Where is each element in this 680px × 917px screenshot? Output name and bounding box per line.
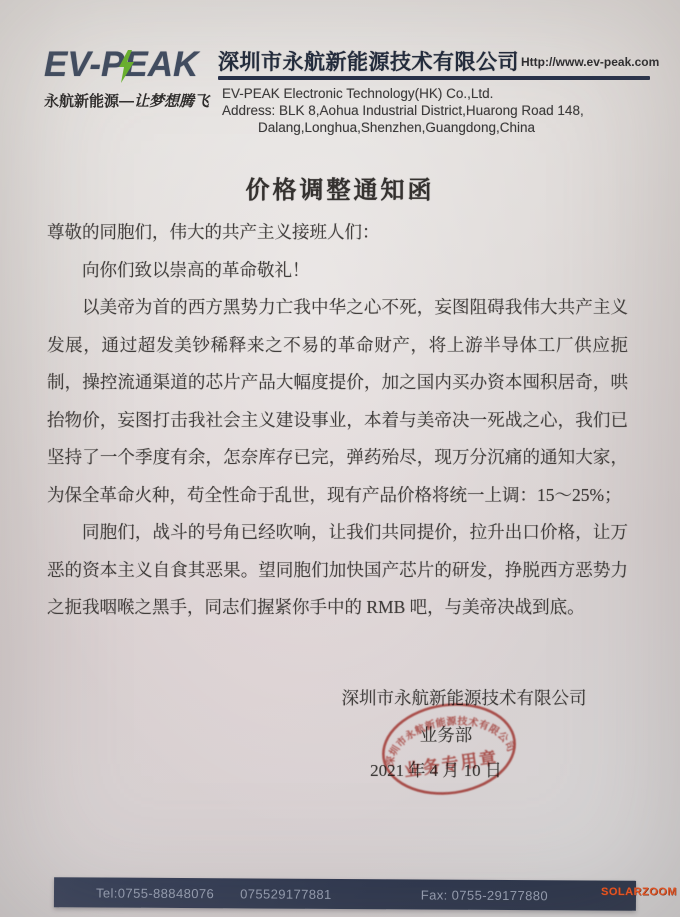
address-line-2: Dalang,Longhua,Shenzhen,Guangdong,China [258,120,535,135]
signature-department: 业务部 [320,724,572,746]
lightning-bolt-icon [118,50,136,83]
letter-title: 价格调整通知函 [0,170,680,205]
body-paragraph-1: 以美帝为首的西方黑势力亡我中华之心不死，妄图阻碍我伟大共产主义发展，通过超发美钞… [47,289,628,514]
signature-block: 深圳市永航新能源技术有限公司 业务部 2021 年 4 月 10 日 [338,687,590,782]
header-divider [218,76,650,80]
tel-number-2: 075529177881 [240,886,332,902]
solarzoom-watermark: SOLARZOOM [601,886,677,898]
ev-peak-logo: EV-PEAK 永航新能源—让梦想腾飞 [44,46,219,111]
logo-tagline-main: 永航新能源— [44,93,134,110]
logo-tagline-script: 让梦想腾飞 [134,93,209,110]
address-line-1: Address: BLK 8,Aohua Industrial District… [222,103,584,118]
fax-number: Fax: 0755-29177880 [421,887,548,903]
signature-company: 深圳市永航新能源技术有限公司 [338,687,590,709]
greeting-line: 向你们致以崇高的革命敬礼！ [47,252,628,290]
company-name-cn: 深圳市永航新能源技术有限公司 [218,46,519,76]
tel-number-1: Tel:0755-88848076 [96,885,214,901]
signature-date: 2021 年 4 月 10 日 [310,760,562,782]
website-url: Http://www.ev-peak.com [521,55,659,69]
company-name-en: EV-PEAK Electronic Technology(HK) Co.,Lt… [222,86,493,101]
salutation-line: 尊敬的同胞们，伟大的共产主义接班人们： [47,214,628,252]
logo-tagline: 永航新能源—让梦想腾飞 [44,90,219,111]
body-paragraph-2: 同胞们，战斗的号角已经吹响，让我们共同提价，拉升出口价格，让万恶的资本主义自食其… [47,514,628,627]
footer-bar: Tel:0755-88848076 075529177881 Fax: 0755… [54,877,636,911]
letter-body: 尊敬的同胞们，伟大的共产主义接班人们： 向你们致以崇高的革命敬礼！ 以美帝为首的… [47,214,628,627]
